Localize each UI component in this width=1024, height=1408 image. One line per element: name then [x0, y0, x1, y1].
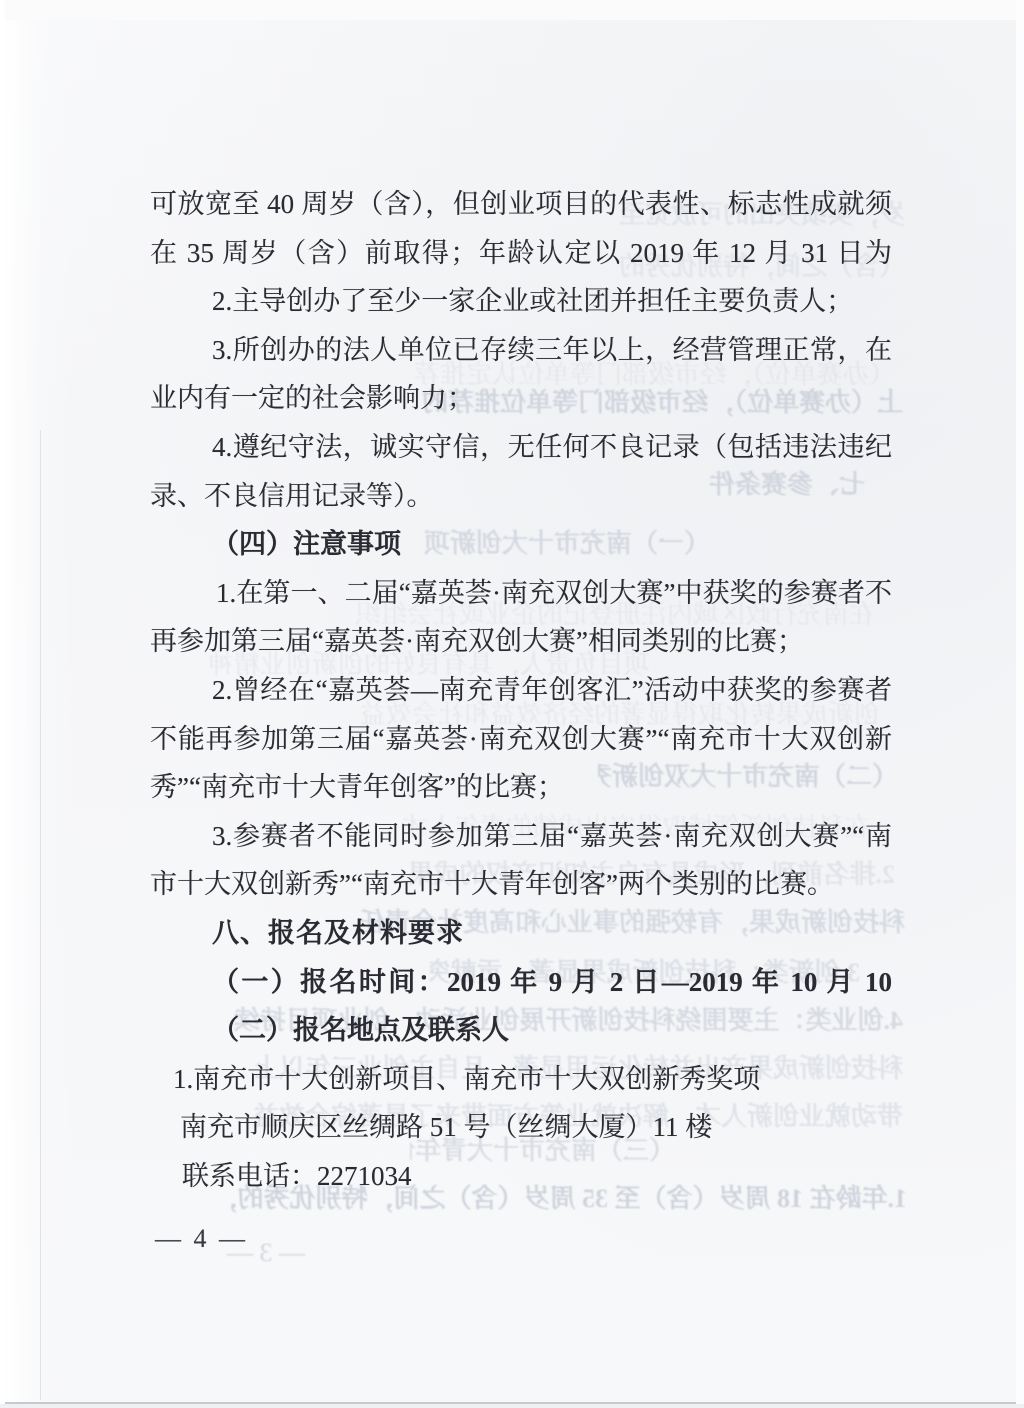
document-line: （二）报名地点及联系人 — [150, 1006, 892, 1055]
document-line: （四）注意事项 — [150, 520, 892, 569]
document-line: 可放宽至 40 周岁（含），但创业项目的代表性、标志性成就须 — [150, 180, 892, 229]
document-line: 3.所创办的法人单位已存续三年以上，经营管理正常，在行 — [150, 326, 892, 375]
page-number: — 4 — — [155, 1224, 248, 1254]
document-line: 在 35 周岁（含）前取得；年龄认定以 2019 年 12 月 31 日为界； — [150, 229, 892, 278]
document-line: （一）报名时间：2019 年 9 月 2 日—2019 年 10 月 10 日。 — [150, 958, 892, 1007]
document-line: 不能再参加第三届“嘉英荟·南充双创大赛”“南充市十大双创新 — [150, 715, 892, 764]
document-line: 秀”“南充市十大青年创客”的比赛； — [150, 763, 892, 812]
document-line: 市十大双创新秀”“南充市十大青年创客”两个类别的比赛。 — [150, 860, 892, 909]
document-line: 1.南充市十大创新项目、南充市十大双创新秀奖项 — [150, 1055, 892, 1104]
document-line: 录、不良信用记录等）。 — [150, 472, 892, 521]
document-content: 可放宽至 40 周岁（含），但创业项目的代表性、标志性成就须在 35 周岁（含）… — [150, 180, 892, 1200]
page-left-fold-line — [40, 430, 41, 1400]
document-line: 3.参赛者不能同时参加第三届“嘉英荟·南充双创大赛”“南充 — [150, 812, 892, 861]
document-line: 南充市顺庆区丝绸路 51 号（丝绸大厦）11 楼 — [150, 1103, 892, 1152]
scan-right-edge — [1016, 0, 1024, 1408]
scan-bottom-edge — [0, 1404, 1024, 1408]
document-line: 业内有一定的社会影响力； — [150, 374, 892, 423]
document-line: 4.遵纪守法，诚实守信，无任何不良记录（包括违法违纪记 — [150, 423, 892, 472]
document-line: 再参加第三届“嘉英荟·南充双创大赛”相同类别的比赛； — [150, 617, 892, 666]
document-line: 八、报名及材料要求 — [150, 909, 892, 958]
scan-left-edge — [0, 0, 5, 1408]
document-line: 1.在第一、二届“嘉英荟·南充双创大赛”中获奖的参赛者不能 — [150, 569, 892, 618]
document-line: 2.曾经在“嘉英荟—南充青年创客汇”活动中获奖的参赛者 — [150, 666, 892, 715]
document-line: 联系电话：2271034 — [150, 1152, 892, 1201]
document-line: 2.主导创办了至少一家企业或社团并担任主要负责人； — [150, 277, 892, 326]
